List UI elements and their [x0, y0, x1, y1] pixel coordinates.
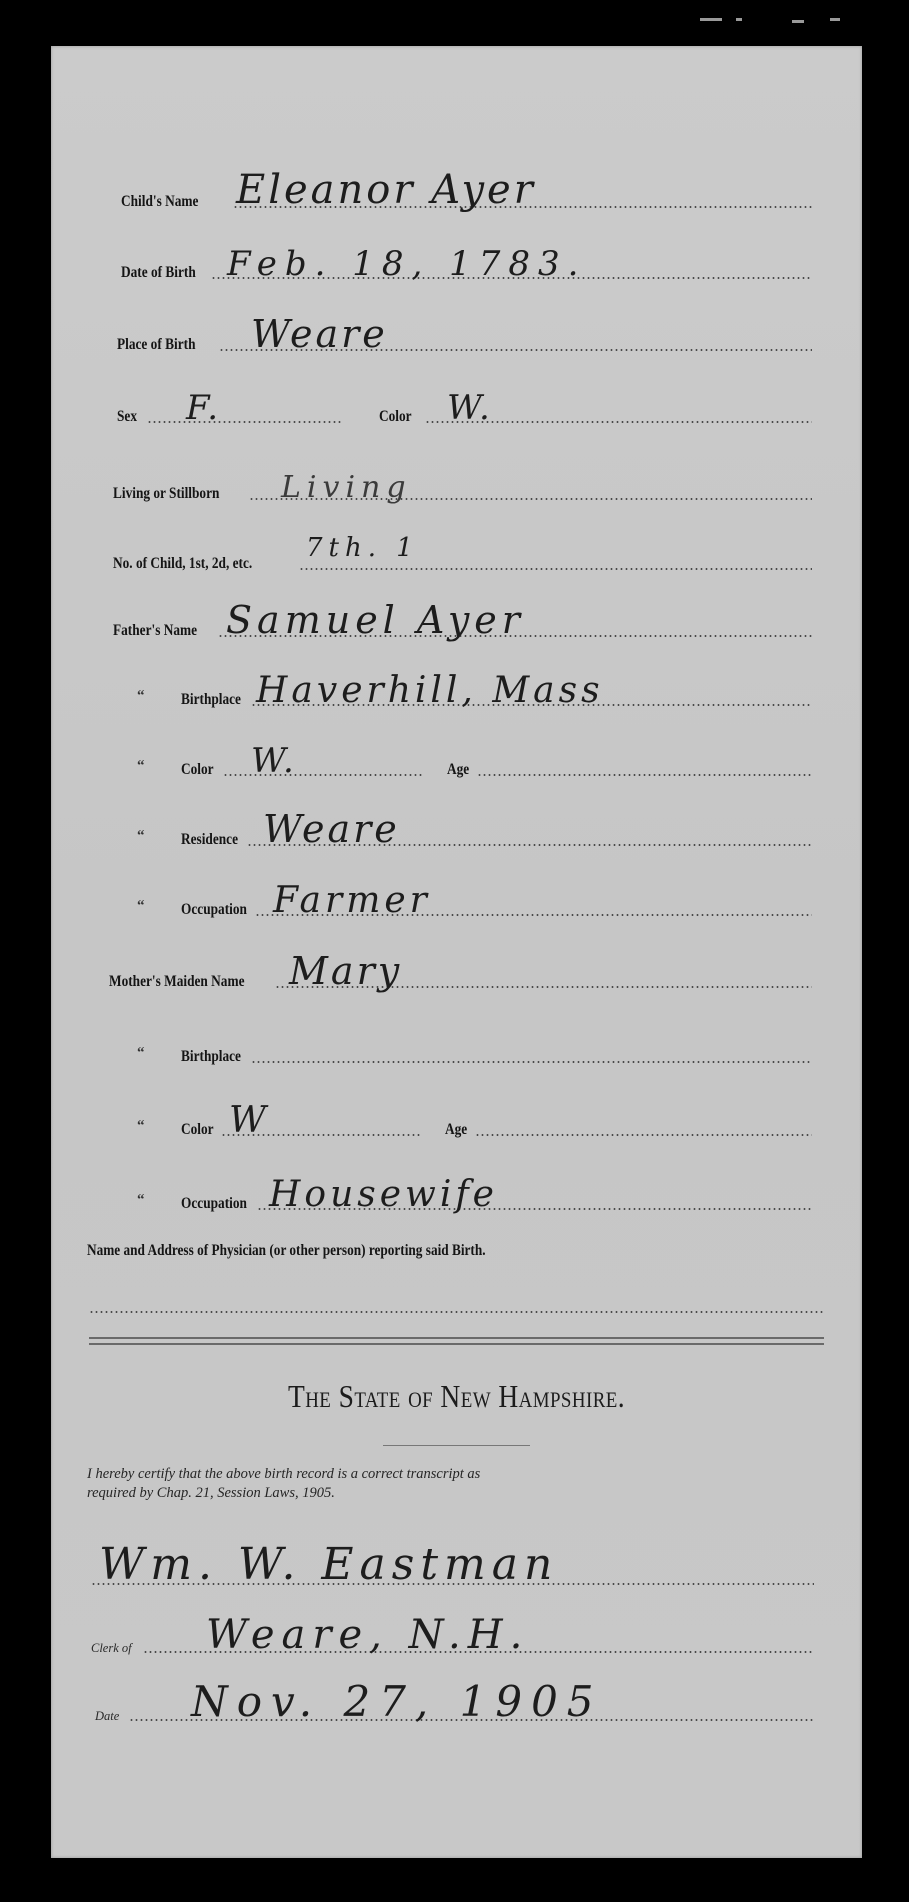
field-father-occupation: “ Occupation Farmer — [51, 879, 862, 919]
certify-text-line-2: required by Chap. 21, Session Laws, 1905… — [87, 1485, 832, 1502]
label-mother-maiden-name: Mother's Maiden Name — [109, 973, 245, 991]
field-clerk-of: Clerk of Weare, N.H. — [51, 1606, 862, 1656]
value-mother-occupation: Housewife — [269, 1174, 498, 1215]
value-father-birthplace: Haverhill, Mass — [256, 670, 604, 711]
value-sex: F. — [186, 388, 221, 428]
ditto-mark: “ — [137, 688, 145, 705]
value-child-name: Eleanor Ayer — [236, 167, 536, 213]
ditto-mark: “ — [137, 898, 145, 915]
value-mother-maiden-name: Mary — [289, 949, 402, 993]
field-living-or-stillborn: Living or Stillborn Living — [51, 463, 862, 503]
label-clerk-of: Clerk of — [91, 1641, 132, 1656]
field-father-birthplace: “ Birthplace Haverhill, Mass — [51, 669, 862, 709]
value-father-residence: Weare — [263, 807, 400, 851]
field-father-color-age: “ Color W. Age — [51, 739, 862, 779]
label-mother-color: Color — [181, 1121, 214, 1139]
birth-record-card: Child's Name Eleanor Ayer Date of Birth … — [51, 46, 862, 1858]
title-underline — [383, 1445, 530, 1446]
label-sex: Sex — [117, 408, 137, 426]
state-title: The State of New Hampshire. — [108, 1378, 805, 1415]
field-mother-birthplace: “ Birthplace — [51, 1026, 862, 1066]
field-date: Date Nov. 27, 1905 — [51, 1674, 862, 1724]
value-father-color: W. — [251, 741, 297, 781]
field-date-of-birth: Date of Birth Feb. 18, 1783. — [51, 242, 862, 282]
label-mother-occupation: Occupation — [181, 1195, 247, 1213]
field-physician — [51, 1276, 862, 1316]
label-mother-age: Age — [445, 1121, 467, 1139]
double-rule-top — [89, 1337, 824, 1339]
certify-text-line-1: I hereby certify that the above birth re… — [87, 1466, 832, 1483]
value-father-name: Samuel Ayer — [226, 598, 525, 642]
dotted-line — [89, 1311, 824, 1313]
field-place-of-birth: Place of Birth Weare — [51, 314, 862, 354]
value-place-of-birth: Weare — [251, 312, 388, 356]
label-child-name: Child's Name — [121, 193, 198, 211]
value-child-number: 7th. 1 — [306, 533, 419, 563]
label-father-name: Father's Name — [113, 622, 197, 640]
label-date-of-birth: Date of Birth — [121, 264, 196, 282]
ditto-mark: “ — [137, 758, 145, 775]
field-signature: Wm. W. Eastman — [51, 1538, 862, 1588]
field-child-number: No. of Child, 1st, 2d, etc. 7th. 1 — [51, 533, 862, 573]
ditto-mark: “ — [137, 1192, 145, 1209]
field-father-residence: “ Residence Weare — [51, 809, 862, 849]
dotted-line — [475, 1134, 812, 1136]
dotted-line — [251, 1061, 812, 1063]
physician-heading: Name and Address of Physician (or other … — [87, 1242, 486, 1260]
label-date: Date — [95, 1709, 119, 1724]
label-father-occupation: Occupation — [181, 901, 247, 919]
field-mother-maiden-name: Mother's Maiden Name Mary — [51, 951, 862, 991]
ditto-mark: “ — [137, 1045, 145, 1062]
label-color: Color — [379, 408, 412, 426]
label-father-residence: Residence — [181, 831, 238, 849]
value-date: Nov. 27, 1905 — [191, 1677, 603, 1726]
double-rule-bottom — [89, 1343, 824, 1345]
dotted-line — [147, 421, 343, 423]
value-clerk-of: Weare, N.H. — [206, 1612, 529, 1658]
field-child-name: Child's Name Eleanor Ayer — [51, 171, 862, 211]
value-signature: Wm. W. Eastman — [99, 1539, 558, 1590]
label-father-birthplace: Birthplace — [181, 691, 241, 709]
field-mother-occupation: “ Occupation Housewife — [51, 1173, 862, 1213]
ditto-mark: “ — [137, 1118, 145, 1135]
label-father-color: Color — [181, 761, 214, 779]
dotted-line — [477, 774, 812, 776]
value-mother-color: W — [229, 1100, 269, 1141]
value-color: W. — [447, 388, 493, 428]
field-sex-color: Sex F. Color W. — [51, 386, 862, 426]
value-father-occupation: Farmer — [273, 880, 431, 921]
label-place-of-birth: Place of Birth — [117, 336, 195, 354]
field-mother-color-age: “ Color W Age — [51, 1099, 862, 1139]
label-child-number: No. of Child, 1st, 2d, etc. — [113, 555, 252, 573]
ditto-mark: “ — [137, 828, 145, 845]
value-living-or-stillborn: Living — [281, 470, 412, 505]
label-living-or-stillborn: Living or Stillborn — [113, 485, 219, 503]
label-mother-birthplace: Birthplace — [181, 1048, 241, 1066]
label-father-age: Age — [447, 761, 469, 779]
value-date-of-birth: Feb. 18, 1783. — [227, 244, 586, 284]
scan-edge-marks — [700, 14, 860, 28]
field-father-name: Father's Name Samuel Ayer — [51, 600, 862, 640]
dotted-line — [299, 568, 812, 570]
